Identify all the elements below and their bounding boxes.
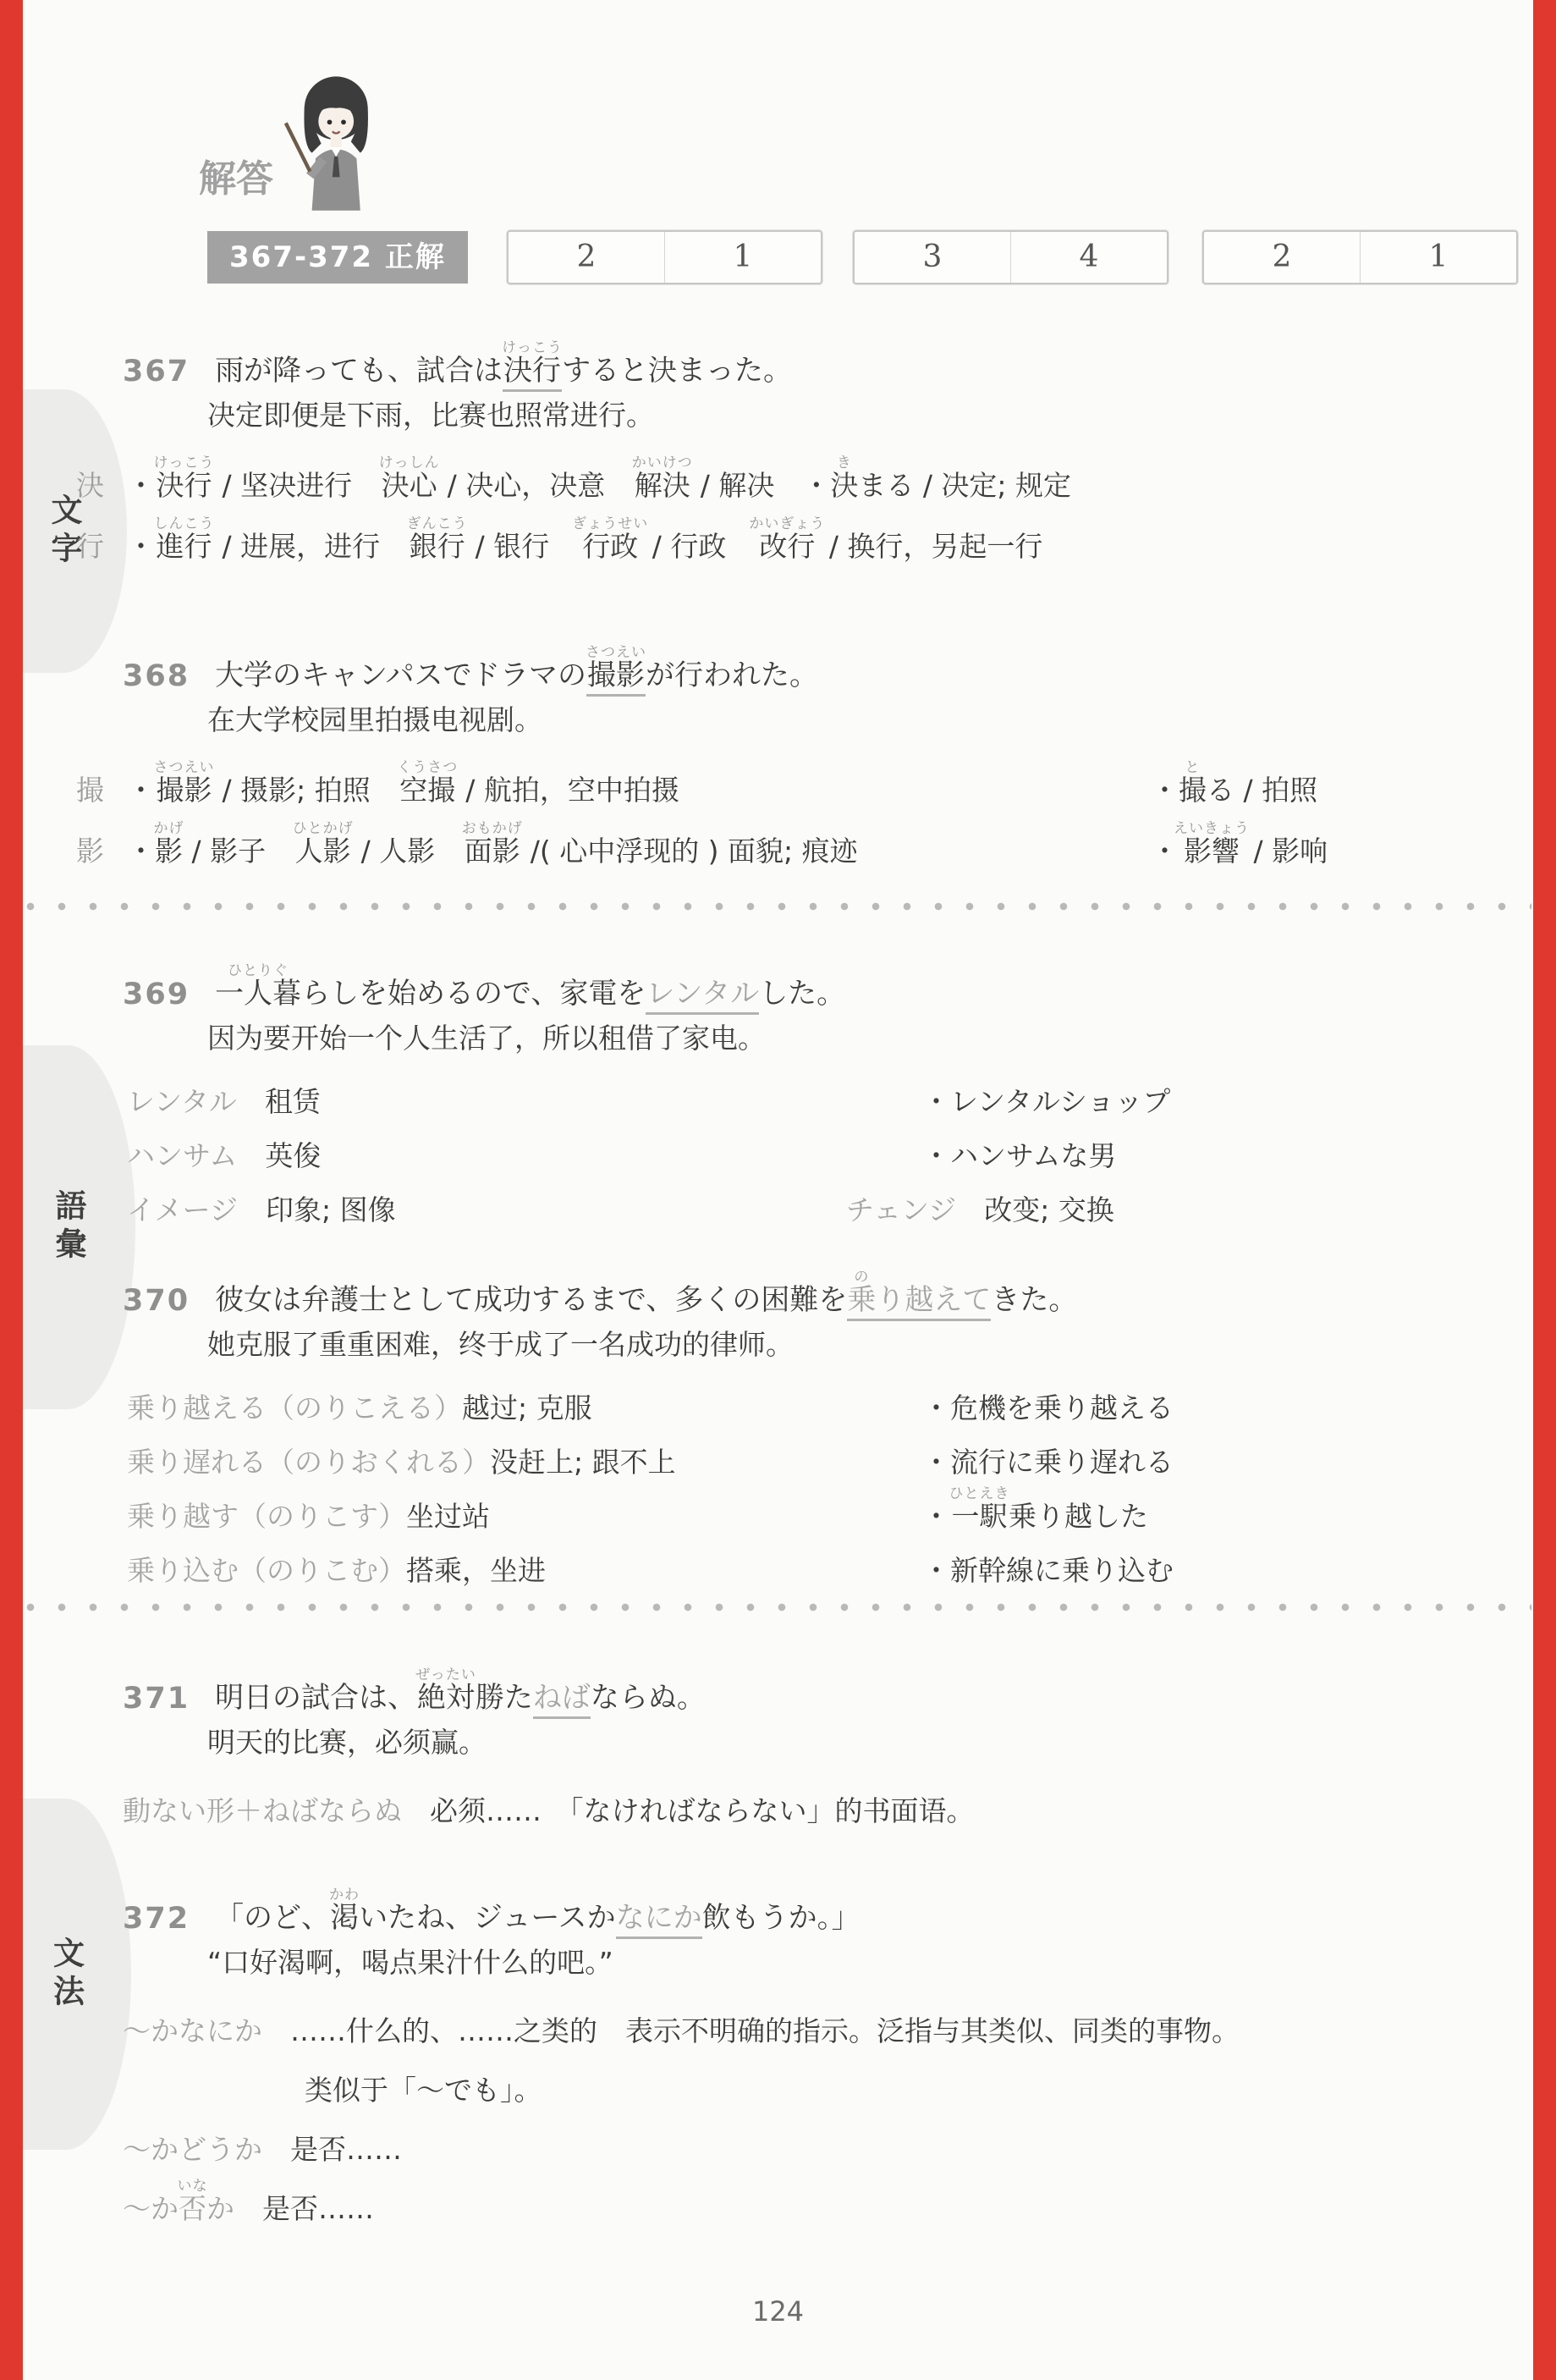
question-translation: 明天的比赛，必须赢。 [76,1716,1498,1770]
question-translation: 因为要开始一个人生活了，所以租借了家电。 [76,1011,1498,1066]
question-number: 368 [123,659,190,693]
vocab-example: ・レンタルショップ [922,1080,1498,1120]
question-370: 370 彼女は弁護士として成功するまで、多くの困難を乗のり越えてきた。 她克服了… [76,1253,1498,1589]
vocab-example: ・危機を乗り越える [922,1386,1498,1426]
kanji-headword: 決 [76,464,127,504]
question-translation: “口好渴啊，喝点果汁什么的吧。” [76,1936,1498,1990]
vocab-row: 乗り込む（のりこむ）搭乘，坐进 ・新幹線に乗り込む [76,1534,1498,1589]
question-371: 371 明日の試合は、絶対ぜったい勝たねばならぬ。 明天的比赛，必须赢。 動ない… [76,1651,1498,1829]
question-369: 369 一人暮ひとりぐらしを始めるので、家電をレンタルした。 因为要开始一个人生… [76,947,1498,1228]
answer-box-3: 2 1 [1202,230,1518,284]
page-edge-red-left [0,0,23,2380]
question-translation: 她克服了重重困难，终于成了一名成功的律师。 [76,1318,1498,1372]
question-translation: 在大学校园里拍摄电视剧。 [76,693,1498,747]
grammar-note: ～かなにか ……什么的、……之类的 表示不明确的指示。泛指与其类似、同类的事物。 [76,1990,1498,2049]
kanji-entry-row: 決 ・決行けっこう / 坚决进行 決心けっしん / 决心，决意 解決かいけつ /… [76,443,1498,504]
vocab-term: 乗り越える（のりこえる）越过; 克服 [127,1386,922,1426]
kanji-headword: 行 [76,525,127,565]
answer-range-badge: 367-372 正解 [207,231,468,284]
grammar-note: 動ない形＋ねばならぬ 必须…… 「なければならない」的书面语。 [76,1770,1498,1829]
vocab-term: 乗り越す（のりこす）坐过站 [127,1495,922,1534]
kanji-headword: 撮 [76,769,127,808]
answer-369: 3 [855,232,1010,283]
grammar-note: ～か否いなか 是否…… [76,2168,1498,2227]
question-sentence: 雨が降っても、試合は決行けっこうすると決まった。 [215,339,792,388]
dotted-divider [25,1602,1531,1612]
kanji-entry-example: ・影響えいきょう / 影响 [1151,820,1498,869]
teacher-girl-illustration [278,65,390,211]
page-content: 解答 367-372 正解 2 1 3 4 [76,51,1498,2227]
answer-strip: 367-372 正解 2 1 3 4 2 1 [76,229,1498,285]
grammar-note: 类似于「～でも」。 [76,2049,1498,2108]
question-372-sentence-line: 372 「のど、渇かわいたね、ジュースかなにか飲もうか。」 [76,1871,1498,1936]
vocab-row: レンタル 租赁 ・レンタルショップ [76,1066,1498,1120]
answer-header: 解答 [76,51,1498,207]
question-translation: 决定即便是下雨，比赛也照常进行。 [76,388,1498,443]
question-number: 369 [123,978,190,1011]
vocab-row: ハンサム 英俊 ・ハンサムな男 [76,1120,1498,1174]
question-372: 372 「のど、渇かわいたね、ジュースかなにか飲もうか。」 “口好渴啊，喝点果汁… [76,1871,1498,2227]
grammar-note-content: 動ない形＋ねばならぬ 必须…… 「なければならない」的书面语。 [123,1789,975,1829]
vocab-example: ・一駅ひとえき乗り越した [922,1485,1498,1534]
vocab-term: 乗り込む（のりこむ）搭乘，坐进 [127,1549,922,1589]
question-370-sentence-line: 370 彼女は弁護士として成功するまで、多くの困難を乗のり越えてきた。 [76,1253,1498,1318]
vocab-term: ハンサム 英俊 [127,1134,922,1174]
kanji-entry-content: ・影かげ / 影子 人影ひとかげ / 人影 面影おもかげ /( 心中浮现的 ) … [127,820,1151,869]
answer-368: 1 [664,232,821,283]
grammar-note-content: 类似于「～でも」。 [305,2069,542,2108]
question-sentence: 彼女は弁護士として成功するまで、多くの困難を乗のり越えてきた。 [215,1269,1077,1318]
question-371-sentence-line: 371 明日の試合は、絶対ぜったい勝たねばならぬ。 [76,1651,1498,1716]
kanji-headword: 影 [76,829,127,869]
answer-371: 2 [1204,232,1360,283]
question-sentence: 明日の試合は、絶対ぜったい勝たねばならぬ。 [215,1667,706,1716]
grammar-note-content: ～かどうか 是否…… [123,2128,402,2168]
question-number: 372 [123,1902,190,1936]
vocab-term: 乗り遅れる（のりおくれる）没赶上; 跟不上 [127,1441,922,1480]
vocab-row: イメージ 印象; 图像 チェンジ 改变; 交换 [76,1174,1498,1228]
question-368-sentence-line: 368 大学のキャンパスでドラマの撮影さつえいが行われた。 [76,629,1498,693]
grammar-note-content: ～か否いなか 是否…… [123,2178,374,2227]
question-367-sentence-line: 367 雨が降っても、試合は決行けっこうすると決まった。 [76,324,1498,388]
vocab-example: チェンジ 改变; 交换 [846,1188,1498,1228]
vocab-example: ・流行に乗り遅れる [922,1441,1498,1480]
question-369-sentence-line: 369 一人暮ひとりぐらしを始めるので、家電をレンタルした。 [76,947,1498,1011]
vocab-term: レンタル 租赁 [127,1080,922,1120]
kanji-entry-row: 行 ・進行しんこう / 进展，进行 銀行ぎんこう / 银行 行政ぎょうせい / … [76,504,1498,565]
answer-370: 4 [1010,232,1167,283]
answer-box-2: 3 4 [853,230,1168,284]
page-edge-red-right [1533,0,1556,2380]
dotted-divider [25,901,1531,912]
answer-372: 1 [1360,232,1516,283]
kanji-entry-content: ・撮影さつえい / 摄影; 拍照 空撮くうさつ / 航拍，空中拍摄 [127,759,1151,808]
question-sentence: 一人暮ひとりぐらしを始めるので、家電をレンタルした。 [215,962,845,1011]
grammar-note: ～かどうか 是否…… [76,2108,1498,2168]
question-368: 368 大学のキャンパスでドラマの撮影さつえいが行われた。 在大学校园里拍摄电视… [76,629,1498,869]
answer-section-title: 解答 [199,148,273,202]
vocab-example: ・ハンサムな男 [922,1134,1498,1174]
vocab-row: 乗り越す（のりこす）坐过站 ・一駅ひとえき乗り越した [76,1480,1498,1534]
kanji-entry-example: ・撮とる / 拍照 [1151,759,1498,808]
vocab-row: 乗り越える（のりこえる）越过; 克服 ・危機を乗り越える [76,1372,1498,1426]
question-number: 371 [123,1682,190,1716]
answer-box-1: 2 1 [507,230,822,284]
kanji-entry-content: ・決行けっこう / 坚决进行 決心けっしん / 决心，决意 解決かいけつ / 解… [127,455,1498,504]
kanji-entry-content: ・進行しんこう / 进展，进行 銀行ぎんこう / 银行 行政ぎょうせい / 行政… [127,515,1498,565]
vocab-term: イメージ 印象; 图像 [127,1188,846,1228]
question-number: 367 [123,355,190,388]
question-367: 367 雨が降っても、試合は決行けっこうすると決まった。 决定即便是下雨，比赛也… [76,324,1498,565]
vocab-row: 乗り遅れる（のりおくれる）没赶上; 跟不上 ・流行に乗り遅れる [76,1426,1498,1480]
kanji-entry-row: 撮 ・撮影さつえい / 摄影; 拍照 空撮くうさつ / 航拍，空中拍摄 ・撮とる… [76,747,1498,808]
question-number: 370 [123,1284,190,1318]
answer-367: 2 [509,232,664,283]
grammar-note-content: ～かなにか ……什么的、……之类的 表示不明确的指示。泛指与其类似、同类的事物。 [123,2009,1240,2049]
question-sentence: 「のど、渇かわいたね、ジュースかなにか飲もうか。」 [215,1887,860,1936]
page-number: 124 [0,2295,1556,2328]
vocab-example: ・新幹線に乗り込む [922,1549,1498,1589]
question-sentence: 大学のキャンパスでドラマの撮影さつえいが行われた。 [215,644,818,693]
kanji-entry-row: 影 ・影かげ / 影子 人影ひとかげ / 人影 面影おもかげ /( 心中浮现的 … [76,808,1498,869]
